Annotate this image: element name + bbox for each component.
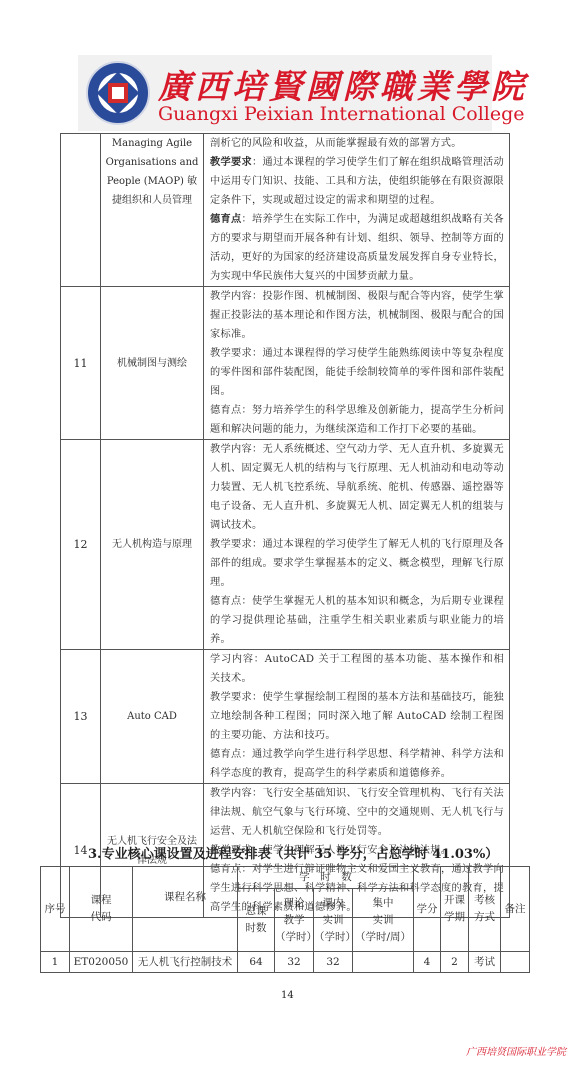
cell-credits: 4 [414, 952, 441, 973]
header-text: 代码 [91, 911, 112, 923]
cell-remarks [501, 952, 530, 973]
description-paragraph: 剖析它的风险和收益，从而能掌握最有效的部署方式。 [210, 134, 504, 153]
description-paragraph: 教学内容：飞行安全基础知识、飞行安全管理机构、飞行有关法律法规、航空气象与飞行环… [210, 784, 504, 841]
header-text: （学时） [314, 931, 356, 943]
description-paragraph: 德育点：培养学生在实际工作中，为满足或超越组织战略有关各方的要求与期望而开展各种… [210, 210, 504, 286]
header-hours-group: 学 时 数 [238, 867, 414, 889]
description-paragraph: 教学要求：通过本课程的学习使学生们了解在组织战略管理活动中运用专门知识、技能、工… [210, 153, 504, 210]
course-number [61, 134, 101, 287]
description-paragraph: 德育点：努力培养学生的科学思维及创新能力，提高学生分析问题和解决问题的能力，为继… [210, 401, 504, 439]
header-intensive-hours: 集中实训（学时/周） [353, 889, 414, 952]
header-total-hours: 总课时数 [238, 889, 275, 952]
header-row: 序号 课程代码 课程名称 学 时 数 学分 开课学期 考核方式 备注 [41, 867, 530, 889]
course-description: 剖析它的风险和收益，从而能掌握最有效的部署方式。 教学要求：通过本课程的学习使学… [204, 134, 510, 287]
header-text: 集中 [373, 897, 394, 909]
table-row: 12 无人机构造与原理 教学内容：无人系统概述、空气动力学、无人直升机、多旋翼无… [61, 440, 510, 650]
header-credits: 学分 [414, 867, 441, 952]
header-text: 实训 [373, 914, 394, 926]
header-text: （学时） [275, 931, 317, 943]
header-text: 考核 [474, 894, 495, 906]
course-description: 教学内容：无人系统概述、空气动力学、无人直升机、多旋翼无人机、固定翼无人机的结构… [204, 440, 510, 650]
college-logo-icon [86, 61, 150, 125]
description-paragraph: 德育点：通过教学向学生进行科学思想、科学精神、科学方法和科学态度的教育，提高学生… [210, 745, 504, 783]
section-title: 3.专业核心课设置及进程安排表（共计 35 学分，占总学时 41.03%） [88, 843, 498, 862]
header-exam: 考核方式 [469, 867, 501, 952]
header-inclass-hours: 课内实训（学时） [314, 889, 353, 952]
description-paragraph: 教学要求：使学生掌握绘制工程图的基本方法和基础技巧，能独立地绘制各种工程图；同时… [210, 688, 504, 745]
header-text: 课程 [91, 894, 112, 906]
header-text: （学时/周） [355, 931, 411, 943]
table-row: 11 机械制图与测绘 教学内容：投影作图、机械制图、极限与配合等内容，使学生掌握… [61, 287, 510, 440]
cell-intensive-hours [353, 952, 414, 973]
header-text: 学期 [444, 911, 465, 923]
paragraph-text: ：培养学生在实际工作中，为满足或超越组织战略有关各方的要求与期望而开展各种有计划… [210, 214, 504, 282]
header-text: 总课 [246, 905, 267, 917]
header-course-name: 课程名称 [133, 867, 238, 952]
cell-term: 2 [441, 952, 469, 973]
header-seq: 序号 [41, 867, 70, 952]
table-row: 13 Auto CAD 学习内容：AutoCAD 关于工程图的基本功能、基本操作… [61, 650, 510, 784]
course-name: 无人机构造与原理 [101, 440, 204, 650]
header-text: 实训 [323, 914, 344, 926]
college-name-english: Guangxi Peixian International College [158, 103, 525, 125]
header-course-code: 课程代码 [70, 867, 133, 952]
header-text: 课内 [323, 897, 344, 909]
core-course-schedule-table: 序号 课程代码 课程名称 学 时 数 学分 开课学期 考核方式 备注 总课时数 … [40, 866, 530, 973]
header-text: 方式 [474, 911, 495, 923]
table-row: Managing Agile Organisations and People … [61, 134, 510, 287]
description-paragraph: 教学内容：投影作图、机械制图、极限与配合等内容，使学生掌握正投影法的基本理论和作… [210, 287, 504, 344]
header-theory-hours: 理论教学（学时） [275, 889, 314, 952]
description-paragraph: 教学内容：无人系统概述、空气动力学、无人直升机、多旋翼无人机、固定翼无人机的结构… [210, 440, 504, 535]
college-name-chinese: 廣西培賢國際職業學院 [158, 61, 528, 108]
paragraph-text: ：通过本课程的学习使学生们了解在组织战略管理活动中运用专门知识、技能、工具和方法… [210, 157, 504, 206]
header-remarks: 备注 [501, 867, 530, 952]
cell-inclass-hours: 32 [314, 952, 353, 973]
cell-course-name: 无人机飞行控制技术 [133, 952, 238, 973]
table-row: 1 ET020050 无人机飞行控制技术 64 32 32 4 2 考试 [41, 952, 530, 973]
course-description-table: Managing Agile Organisations and People … [60, 133, 510, 918]
course-number: 12 [61, 440, 101, 650]
description-paragraph: 教学要求：通过本课程的学习使学生了解无人机的飞行原理及各部件的组成。要求学生掌握… [210, 535, 504, 592]
college-header-banner: 廣西培賢國際職業學院 Guangxi Peixian International… [78, 55, 492, 131]
header-term: 开课学期 [441, 867, 469, 952]
cell-seq: 1 [41, 952, 70, 973]
course-name: Managing Agile Organisations and People … [101, 134, 204, 287]
header-text: 开课 [444, 894, 465, 906]
paragraph-label: 教学要求 [210, 156, 252, 168]
page-number: 14 [281, 990, 294, 1001]
header-text: 教学 [284, 914, 305, 926]
header-text: 时数 [246, 922, 267, 934]
description-paragraph: 学习内容：AutoCAD 关于工程图的基本功能、基本操作和相关技术。 [210, 650, 504, 688]
course-description: 学习内容：AutoCAD 关于工程图的基本功能、基本操作和相关技术。 教学要求：… [204, 650, 510, 784]
course-number: 11 [61, 287, 101, 440]
description-paragraph: 教学要求：通过本课程得的学习使学生能熟练阅读中等复杂程度的零件图和部件装配图，能… [210, 344, 504, 401]
footer-watermark: 广西培贤国际职业学院 [466, 1043, 566, 1058]
course-description: 教学内容：投影作图、机械制图、极限与配合等内容，使学生掌握正投影法的基本理论和作… [204, 287, 510, 440]
course-number: 13 [61, 650, 101, 784]
cell-total-hours: 64 [238, 952, 275, 973]
cell-theory-hours: 32 [275, 952, 314, 973]
course-name: Auto CAD [101, 650, 204, 784]
cell-course-code: ET020050 [70, 952, 133, 973]
cell-exam: 考试 [469, 952, 501, 973]
course-name: 机械制图与测绘 [101, 287, 204, 440]
header-text: 理论 [284, 897, 305, 909]
paragraph-label: 德育点 [210, 213, 242, 225]
description-paragraph: 德育点：使学生掌握无人机的基本知识和概念，为后期专业课程的学习提供理论基础，注重… [210, 592, 504, 649]
